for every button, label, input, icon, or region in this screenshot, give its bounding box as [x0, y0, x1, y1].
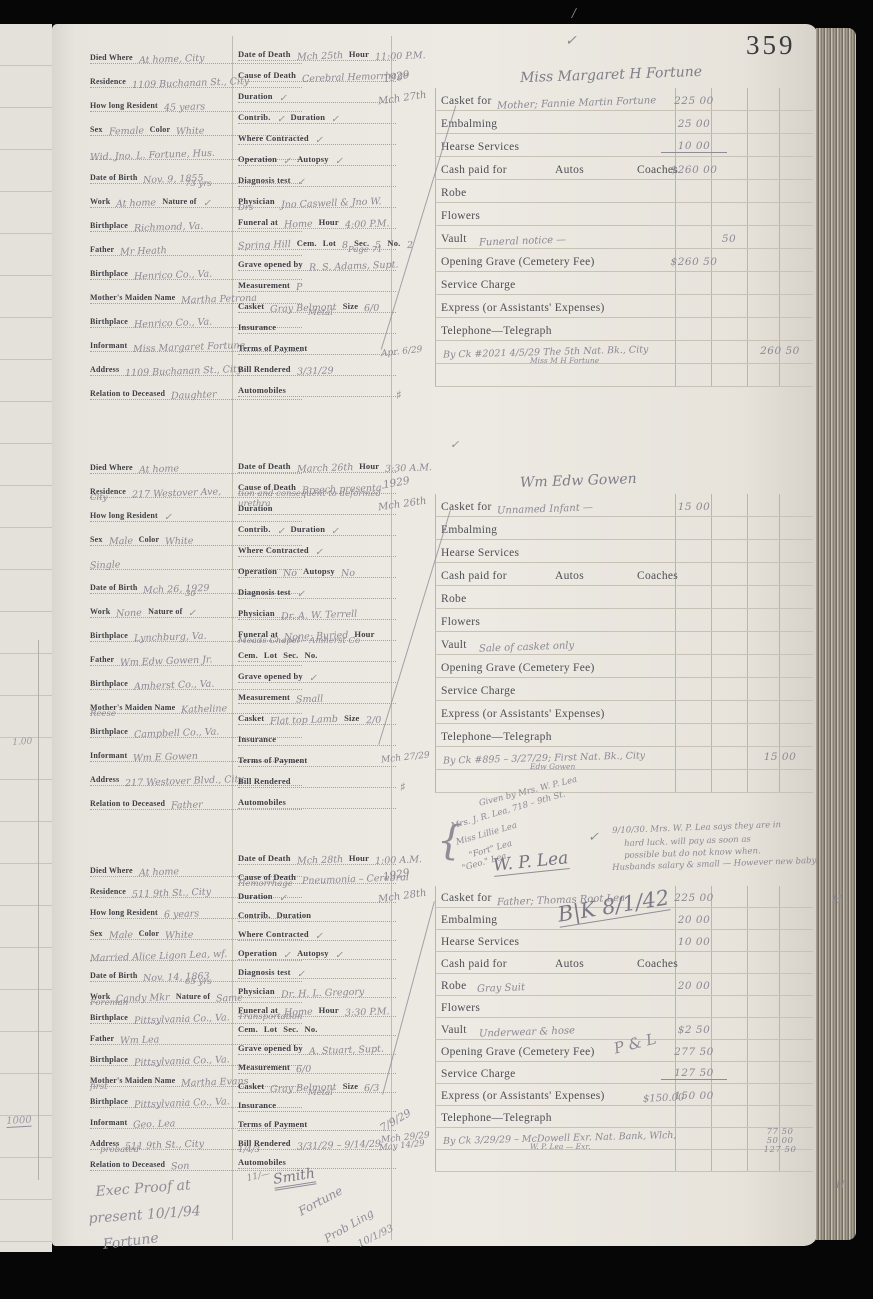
- form-label: Birthplace: [90, 1097, 128, 1107]
- amount: 225 00: [661, 95, 727, 107]
- ledger-row: [435, 364, 813, 387]
- form-label: How long Resident: [90, 908, 158, 918]
- form-label: No.: [304, 1024, 317, 1035]
- form-label: Diagnosis test: [238, 587, 291, 598]
- form-label: Hour: [359, 461, 379, 472]
- ledger-row: Apr. 6/29By Ck #2021 4/5/29 The 5th Nat.…: [435, 341, 813, 364]
- form-row: Duration✓: [238, 82, 396, 103]
- charge-item-label: Service Charge: [441, 1068, 516, 1080]
- form-label: Birthplace: [90, 221, 128, 231]
- handwritten-note: probated: [100, 1145, 139, 1155]
- form-label: Birthplace: [90, 269, 128, 279]
- form-label: No.: [387, 238, 400, 249]
- amount: 20 00: [661, 980, 727, 992]
- form-label: Casket: [238, 713, 264, 724]
- amount: 277 50: [661, 1046, 727, 1058]
- charge-item-note: Sale of casket only: [479, 640, 575, 654]
- ledger-content: Died WhereAt home, CityResidence1109 Buc…: [0, 0, 873, 1299]
- charge-item-label: Vault: [441, 233, 467, 245]
- charge-item-note: Underwear & hose: [479, 1025, 575, 1039]
- charge-item-label: Hearse Services: [441, 141, 519, 153]
- handwritten-note: tion and consequent to deformed urethra: [238, 489, 393, 509]
- charge-item-label: Autos: [555, 958, 584, 970]
- ledger-row: Telephone—Telegraph: [435, 724, 813, 747]
- handwritten-note: Foreman: [90, 998, 128, 1008]
- form-row: Funeral atNone; BuriedHourMeads Chapel –…: [238, 620, 396, 641]
- amount: $260 00: [661, 164, 727, 176]
- handwritten-note: Drs: [238, 203, 253, 213]
- form-label: Birthplace: [90, 631, 128, 641]
- form-row: Date of DeathMch 28thHour1:00 A.M.: [238, 846, 396, 865]
- form-label: Birthplace: [90, 1055, 128, 1065]
- charge-item-label: Flowers: [441, 210, 480, 222]
- form-label: Residence: [90, 77, 126, 87]
- form-label: No.: [304, 650, 317, 661]
- ledger-row: [435, 1150, 813, 1172]
- ledger-row: Hearse Services10 00: [435, 930, 813, 952]
- form-label: Birthplace: [90, 317, 128, 327]
- form-row: MeasurementP: [238, 271, 396, 292]
- form-row: CasketGray BelmontSize6/3Metal: [238, 1074, 396, 1093]
- ledger-row: [435, 770, 813, 793]
- ledger-row: Service Charge: [435, 678, 813, 701]
- ledger-row: Service Charge127 50: [435, 1062, 813, 1084]
- charge-item-note: Gray Suit: [477, 982, 525, 995]
- charge-item-label: Casket for: [441, 95, 492, 107]
- charge-item-note: Funeral notice —: [479, 234, 567, 248]
- charge-item-label: Casket for: [441, 892, 492, 904]
- charge-item-label: Embalming: [441, 524, 497, 536]
- charge-item-label: Robe: [441, 593, 466, 605]
- form-label: Date of Birth: [90, 583, 137, 593]
- charge-item-label: Cash paid for: [441, 570, 507, 582]
- ledger-row: Robe: [435, 180, 813, 203]
- form-label: Duration: [291, 112, 326, 123]
- form-label: Measurement: [238, 692, 290, 703]
- form-label: Hour: [319, 217, 339, 228]
- amount: 127 50: [661, 1067, 727, 1080]
- form-label: Measurement: [238, 280, 290, 291]
- form-row: Cause of DeathCerebral Hemorrhage: [238, 61, 396, 82]
- charge-item-label: Telephone—Telegraph: [441, 325, 552, 337]
- pencil-mark: H: [836, 1180, 845, 1191]
- charge-item-label: Express (or Assistants' Expenses): [441, 1090, 605, 1102]
- form-label: Died Where: [90, 53, 133, 63]
- form-label: Terms of Payment: [238, 755, 307, 766]
- form-label: Grave opened by: [238, 259, 303, 270]
- form-label: Birthplace: [90, 679, 128, 689]
- amount: 10 00: [661, 140, 727, 153]
- form-label: Contrib.: [238, 112, 271, 123]
- form-row: Cause of DeathBreech presenta-tion and c…: [238, 473, 396, 494]
- form-row: Terms of Payment: [238, 334, 396, 355]
- form-label: Bill Rendered: [238, 364, 291, 375]
- form-label: Duration: [238, 91, 273, 102]
- form-row: Bill Rendered3/31/29: [238, 355, 396, 376]
- ledger-row: Opening Grave (Cemetery Fee): [435, 655, 813, 678]
- form-row: Diagnosis test✓: [238, 578, 396, 599]
- ledger-row: Hearse Services10 00: [435, 134, 813, 157]
- charge-item-label: Autos: [555, 164, 584, 176]
- ledger-row: Flowers: [435, 203, 813, 226]
- form-label: Bill Rendered: [238, 776, 291, 787]
- form-label: Size: [344, 713, 359, 724]
- form-label: Diagnosis test: [238, 175, 291, 186]
- form-row: Terms of Payment: [238, 1112, 396, 1131]
- ledger-row: Express (or Assistants' Expenses)$150.00…: [435, 1084, 813, 1106]
- form-label: Cem.: [238, 650, 258, 661]
- form-row: Date of DeathMarch 26thHour3:30 A.M.: [238, 452, 396, 473]
- form-label: Color: [139, 929, 160, 939]
- charge-item-label: Hearse Services: [441, 936, 519, 948]
- form-label: Duration: [291, 524, 326, 535]
- amount: 225 00: [661, 892, 727, 904]
- form-row: PhysicianDr. H. L. Gregory: [238, 979, 396, 998]
- charge-item-label: Cash paid for: [441, 958, 507, 970]
- annotation-note: ✓: [588, 830, 599, 845]
- handwritten-note: 73 yrs: [185, 179, 212, 189]
- form-label: Informant: [90, 751, 127, 761]
- form-label: Lot: [323, 238, 336, 249]
- form-label: Terms of Payment: [238, 343, 307, 354]
- form-row: Bill Rendered3/31/29 – 9/14/291/4/3: [238, 1131, 396, 1150]
- form-row: PhysicianJno Caswell & Jno W.Drs: [238, 187, 396, 208]
- handwritten-note: Hemorrhage: [238, 879, 293, 889]
- form-label: Birthplace: [90, 727, 128, 737]
- annotation-note: 9/10/30. Mrs. W. P. Lea says they are in: [612, 820, 781, 836]
- charge-item-label: Flowers: [441, 616, 480, 628]
- form-row: Contrib.✓Duration✓: [238, 103, 396, 124]
- mid-column-record-2: Date of DeathMarch 26thHour3:30 A.M.Caus…: [238, 452, 396, 809]
- handwritten-value: Father: [171, 799, 203, 811]
- amount: 25 00: [661, 118, 727, 130]
- form-label: Work: [90, 607, 110, 617]
- handwritten-value: Daughter: [171, 389, 217, 402]
- ledger-row: Opening Grave (Cemetery Fee)$260 50: [435, 249, 813, 272]
- form-label: Operation: [238, 948, 277, 959]
- ledger-row: Embalming25 00: [435, 111, 813, 134]
- pencil-mark: H: [832, 893, 842, 906]
- form-label: Insurance: [238, 322, 276, 333]
- annotation-note: 1000: [6, 1115, 32, 1128]
- annotation-note: {: [437, 818, 462, 864]
- form-label: Mother's Maiden Name: [90, 293, 175, 303]
- form-label: Relation to Deceased: [90, 799, 165, 809]
- charge-item-label: Flowers: [441, 1002, 480, 1014]
- ledger-row: Telephone—Telegraph: [435, 1106, 813, 1128]
- charge-item-label: Vault: [441, 1024, 467, 1036]
- charge-item-label: Service Charge: [441, 279, 516, 291]
- form-label: Sex: [90, 125, 103, 135]
- form-row: Operation✓Autopsy✓: [238, 941, 396, 960]
- handwritten-note: City: [90, 493, 107, 503]
- form-label: Duration: [238, 891, 273, 902]
- ledger-row: Express (or Assistants' Expenses): [435, 295, 813, 318]
- handwritten-note: 65 yrs: [185, 977, 212, 987]
- ledger-row: VaultFuneral notice —50: [435, 226, 813, 249]
- form-label: Color: [139, 535, 160, 545]
- handwritten-note: Reese: [90, 709, 116, 719]
- amount: $260 50: [661, 256, 727, 268]
- form-label: Nature of: [148, 607, 182, 617]
- form-label: Nature of: [176, 992, 210, 1002]
- form-row: Funeral atHomeHour3:30 P.M.Transportatio…: [238, 998, 396, 1017]
- pencil-mark: ♯: [396, 388, 402, 402]
- form-row: Cause of DeathPneumonia – CerebralHemorr…: [238, 865, 396, 884]
- form-label: Date of Death: [238, 461, 291, 472]
- form-label: Where Contracted: [238, 929, 309, 940]
- form-label: Birthplace: [90, 1013, 128, 1023]
- form-label: Physician: [238, 986, 275, 997]
- form-label: Cem.: [297, 238, 317, 249]
- ledger-row: Casket forMother; Fannie Martin Fortune2…: [435, 88, 813, 111]
- form-label: Father: [90, 655, 114, 665]
- charge-item-label: Opening Grave (Cemetery Fee): [441, 256, 595, 268]
- form-label: Diagnosis test: [238, 967, 291, 978]
- charge-item-label: Robe: [441, 187, 466, 199]
- pencil-mark: ✓: [450, 438, 459, 451]
- mid-column-record-1: Date of DeathMch 25thHour11:00 P.M.Cause…: [238, 40, 396, 397]
- form-label: Work: [90, 197, 110, 207]
- charge-item-label: Hearse Services: [441, 547, 519, 559]
- charge-item-label: Cash paid for: [441, 164, 507, 176]
- form-label: Hour: [349, 853, 369, 864]
- form-label: Autopsy: [297, 154, 329, 165]
- form-label: Lot: [264, 1024, 277, 1035]
- form-label: How long Resident: [90, 511, 158, 521]
- form-label: Size: [343, 1081, 358, 1092]
- charge-item-label: Coaches: [637, 958, 678, 970]
- form-row: CasketGray BelmontSize6/0Metal: [238, 292, 396, 313]
- scanned-ledger-photo: 359 Died WhereAt home, CityResidence1109…: [0, 0, 873, 1299]
- charge-item-label: Telephone—Telegraph: [441, 731, 552, 743]
- form-row: Grave opened byA. Stuart, Supt.: [238, 1036, 396, 1055]
- form-row: Where Contracted✓: [238, 536, 396, 557]
- form-label: Informant: [90, 341, 127, 351]
- form-label: Father: [90, 1034, 114, 1044]
- form-label: Insurance: [238, 734, 276, 745]
- charge-item-label: Telephone—Telegraph: [441, 1112, 552, 1124]
- amount: 15 00: [661, 501, 727, 513]
- handwritten-note: 1/4/3: [238, 1145, 260, 1155]
- amount: 150 00: [661, 1090, 727, 1102]
- pencil-mark: ✓: [565, 33, 577, 49]
- charge-item-label: Opening Grave (Cemetery Fee): [441, 662, 595, 674]
- form-label: How long Resident: [90, 101, 158, 111]
- form-row: Bill Rendered: [238, 767, 396, 788]
- amount: 50: [712, 233, 746, 245]
- form-label: Automobiles: [238, 1157, 286, 1168]
- form-label: Nature of: [162, 197, 196, 207]
- form-row: CasketFlat top LambSize2/0: [238, 704, 396, 725]
- form-row: Diagnosis test✓: [238, 960, 396, 979]
- ledger-row: Flowers: [435, 609, 813, 632]
- annotation-note: 11/—: [246, 1169, 271, 1184]
- ledger-row: Cash paid forAutosCoaches: [435, 952, 813, 974]
- handwritten-note: Page 71: [348, 245, 382, 255]
- annotation-note: 10/1/93: [356, 1223, 395, 1250]
- form-label: Sex: [90, 929, 103, 939]
- annotation-note: 1.00: [12, 737, 33, 748]
- form-label: Operation: [238, 154, 277, 165]
- ledger-row: Flowers: [435, 996, 813, 1018]
- form-label: Date of Birth: [90, 971, 137, 981]
- charge-item-label: Express (or Assistants' Expenses): [441, 708, 605, 720]
- form-label: Residence: [90, 887, 126, 897]
- pencil-mark: ♯: [400, 780, 406, 794]
- handwritten-note: Transportation: [238, 1012, 302, 1022]
- form-row: Terms of Payment: [238, 746, 396, 767]
- form-row: MeasurementSmall: [238, 683, 396, 704]
- amount: 10 00: [661, 936, 727, 948]
- ledger-row: Mch 27/29By Ck #895 – 3/27/29; First Nat…: [435, 747, 813, 770]
- charge-item-label: Service Charge: [441, 685, 516, 697]
- ledger-row: Service Charge: [435, 272, 813, 295]
- form-label: Grave opened by: [238, 1043, 303, 1054]
- form-label: Date of Death: [238, 49, 291, 60]
- form-label: Where Contracted: [238, 133, 309, 144]
- annotation-note: present 10/1/94: [88, 1203, 201, 1227]
- form-label: Died Where: [90, 866, 133, 876]
- ledger-row: Cash paid forAutosCoaches$260 00: [435, 157, 813, 180]
- charge-item-label: Autos: [555, 570, 584, 582]
- form-row: Funeral atHomeHour4:00 P.M.: [238, 208, 396, 229]
- form-label: Father: [90, 245, 114, 255]
- handwritten-note: Meads Chapel – Amherst Co: [238, 636, 360, 646]
- form-label: Relation to Deceased: [90, 1160, 165, 1170]
- form-label: Automobiles: [238, 385, 286, 396]
- charge-item-note: Mother; Fannie Martin Fortune: [497, 95, 656, 112]
- form-label: Hour: [319, 1005, 339, 1016]
- ledger-row: Embalming: [435, 517, 813, 540]
- form-label: Lot: [264, 650, 277, 661]
- form-label: Contrib.: [238, 524, 271, 535]
- ledger-row: Mch 29/29May 14/29By Ck 3/29/29 – McDowe…: [435, 1128, 813, 1150]
- form-label: Casket: [238, 301, 264, 312]
- ledger-row: VaultSale of casket only: [435, 632, 813, 655]
- form-label: Casket: [238, 1081, 264, 1092]
- handwritten-note: Metal: [308, 308, 333, 318]
- form-row: Where Contracted✓: [238, 922, 396, 941]
- form-label: Terms of Payment: [238, 1119, 307, 1130]
- form-label: Informant: [90, 1118, 127, 1128]
- form-row: Date of DeathMch 25thHour11:00 P.M.: [238, 40, 396, 61]
- form-row: Automobiles: [238, 376, 396, 397]
- pencil-mark: /: [572, 6, 576, 20]
- ledger-row: Cash paid forAutosCoaches: [435, 563, 813, 586]
- form-row: Where Contracted✓: [238, 124, 396, 145]
- form-label: Date of Death: [238, 853, 291, 864]
- form-row: Insurance: [238, 725, 396, 746]
- form-label: Size: [343, 301, 358, 312]
- charge-item-label: Express (or Assistants' Expenses): [441, 302, 605, 314]
- form-row: PhysicianDr. A. W. Terrell: [238, 599, 396, 620]
- ledger-row: RobeGray Suit20 00: [435, 974, 813, 996]
- handwritten-note: 30: [185, 589, 196, 599]
- form-label: Died Where: [90, 463, 133, 473]
- form-label: Funeral at: [238, 217, 278, 228]
- form-label: Grave opened by: [238, 671, 303, 682]
- ledger-row: Express (or Assistants' Expenses): [435, 701, 813, 724]
- amount: 20 00: [661, 914, 727, 926]
- form-label: Duration: [277, 910, 312, 921]
- deceased-name-header: Miss Margaret H Fortune: [520, 64, 702, 86]
- form-label: Autopsy: [297, 948, 329, 959]
- form-label: Autopsy: [303, 566, 335, 577]
- form-label: Cause of Death: [238, 70, 296, 81]
- form-row: Measurement6/0: [238, 1055, 396, 1074]
- form-label: Where Contracted: [238, 545, 309, 556]
- charge-item-label: Embalming: [441, 914, 497, 926]
- annotation-note: Fortune: [296, 1183, 345, 1218]
- charge-item-label: Opening Grave (Cemetery Fee): [441, 1046, 595, 1058]
- form-label: Sec.: [283, 1024, 298, 1035]
- charge-item-label: Coaches: [637, 570, 678, 582]
- form-label: Insurance: [238, 1100, 276, 1111]
- form-label: Date of Birth: [90, 173, 137, 183]
- form-label: Address: [90, 775, 119, 785]
- form-row: Operation✓Autopsy✓: [238, 145, 396, 166]
- form-label: Contrib.: [238, 910, 271, 921]
- form-row: Diagnosis test✓: [238, 166, 396, 187]
- form-row: Grave opened by✓: [238, 662, 396, 683]
- form-label: Relation to Deceased: [90, 389, 165, 399]
- handwritten-note: Metal: [308, 1088, 333, 1098]
- amount: $2 50: [661, 1024, 727, 1036]
- form-label: Address: [90, 365, 119, 375]
- form-label: Operation: [238, 566, 277, 577]
- charge-item-label: Vault: [441, 639, 467, 651]
- form-row: Spring HillCem.Lot8Sec.5No.2Page 71: [238, 229, 396, 250]
- annotation-note: Exec Proof at: [95, 1177, 191, 1200]
- form-label: Sex: [90, 535, 103, 545]
- charge-item-label: Robe: [441, 980, 466, 992]
- form-label: Measurement: [238, 1062, 290, 1073]
- form-row: Automobiles: [238, 788, 396, 809]
- mid-column-record-3: Date of DeathMch 28thHour1:00 A.M.Cause …: [238, 846, 396, 1169]
- payment-amount: 15 00: [751, 751, 809, 763]
- form-row: Contrib.Duration: [238, 903, 396, 922]
- form-row: OperationNoAutopsyNo: [238, 557, 396, 578]
- deceased-name-header: Wm Edw Gowen: [520, 471, 637, 491]
- handwritten-value: Son: [171, 1161, 190, 1173]
- form-label: Physician: [238, 608, 275, 619]
- form-label: Color: [150, 125, 171, 135]
- form-label: Automobiles: [238, 797, 286, 808]
- handwritten-note: first: [90, 1082, 108, 1092]
- charge-item-note: Unnamed Infant —: [497, 502, 593, 516]
- ledger-row: Telephone—Telegraph: [435, 318, 813, 341]
- form-label: Sec.: [283, 650, 298, 661]
- annotation-note: Fortune: [102, 1230, 160, 1253]
- ledger-row: Casket forUnnamed Infant —15 00: [435, 494, 813, 517]
- ledger-row: Hearse Services: [435, 540, 813, 563]
- form-row: Contrib.✓Duration✓: [238, 515, 396, 536]
- ledger-row: Robe: [435, 586, 813, 609]
- form-label: Cem.: [238, 1024, 258, 1035]
- form-row: Automobiles: [238, 1150, 396, 1169]
- form-label: Hour: [349, 49, 369, 60]
- payment-amount: 260 50: [751, 345, 809, 357]
